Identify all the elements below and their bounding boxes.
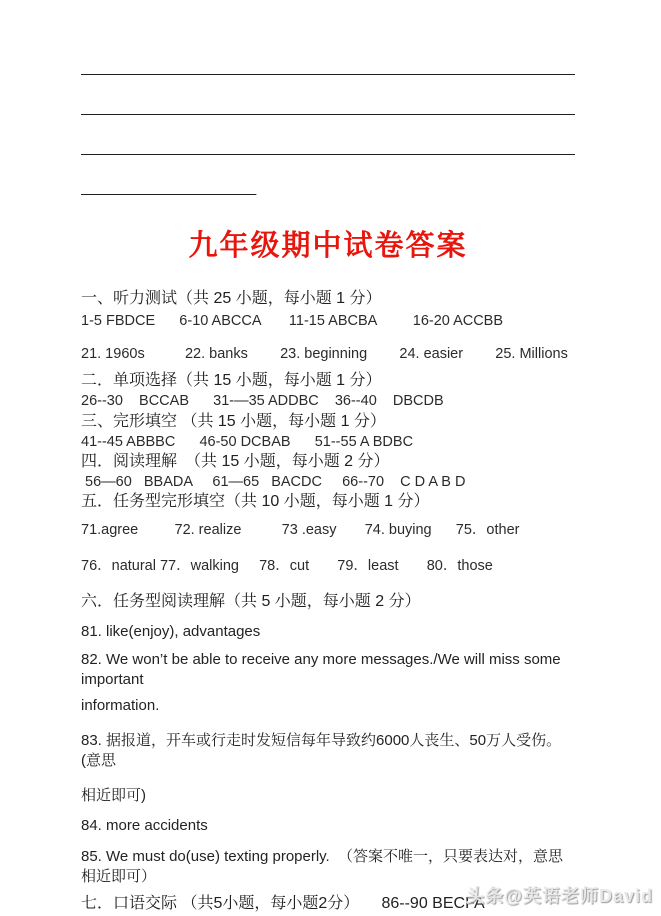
task-reading-answer-83-line-2: 相近即可) [81, 786, 575, 806]
section-listening-heading: 一、听力测试（共 25 小题，每小题 1 分） [81, 289, 575, 309]
reading-answers-row: 56—60 BBADA 61—65 BACDC 66--70 C D A B D [81, 472, 575, 492]
watermark-text: 头条@英语老师David [466, 882, 653, 908]
exam-title: 九年级期中试卷答案 [81, 228, 575, 264]
blank-answer-line: ________________________________________… [81, 58, 575, 78]
task-reading-answer-83-line-1: 83. 据报道，开车或行走时发短信每年导致约6000人丧生、50万人受伤。(意思 [81, 731, 575, 771]
task-cloze-answers-row-1: 71.agree 72. realize 73 .easy 74. buying… [81, 520, 575, 540]
task-reading-answer-82-line-2: information. [81, 696, 575, 716]
task-reading-answer-81: 81. like(enjoy), advantages [81, 622, 575, 642]
single-choice-answers-row: 26--30 BCCAB 31-—35 ADDBC 36--40 DBCDB [81, 391, 575, 411]
section-single-choice-heading: 二．单项选择（共 15 小题，每小题 1 分） [81, 371, 575, 391]
section-cloze-heading: 三、完形填空 （共 15 小题，每小题 1 分） [81, 412, 575, 432]
section-task-reading-heading: 六．任务型阅读理解（共 5 小题，每小题 2 分） [81, 592, 575, 612]
blank-answer-line: ________________________________________… [81, 138, 575, 158]
listening-answers-row-2: 21. 1960s 22. banks 23. beginning 24. ea… [81, 344, 575, 364]
section-reading-heading: 四．阅读理解 （共 15 小题，每小题 2 分） [81, 452, 575, 472]
task-reading-answer-85: 85. We must do(use) texting properly. （答… [81, 847, 575, 887]
section-task-cloze-heading: 五．任务型完形填空（共 10 小题，每小题 1 分） [81, 492, 575, 512]
task-cloze-answers-row-2: 76．natural 77．walking 78．cut 79．least 80… [81, 556, 575, 576]
listening-answers-row-1: 1-5 FBDCE 6-10 ABCCA 11-15 ABCBA 16-20 A… [81, 311, 575, 331]
page-content: ________________________________________… [0, 0, 661, 914]
cloze-answers-row: 41--45 ABBBC 46-50 DCBAB 51--55 A BDBC [81, 432, 575, 452]
exam-answer-page: ________________________________________… [0, 0, 661, 916]
blank-answer-line: ________________________________________… [81, 98, 575, 118]
task-reading-answer-82-line-1: 82. We won’t be able to receive any more… [81, 650, 575, 690]
task-reading-answer-84: 84. more accidents [81, 816, 575, 836]
blank-answer-line-short: _____________________ [81, 178, 575, 198]
